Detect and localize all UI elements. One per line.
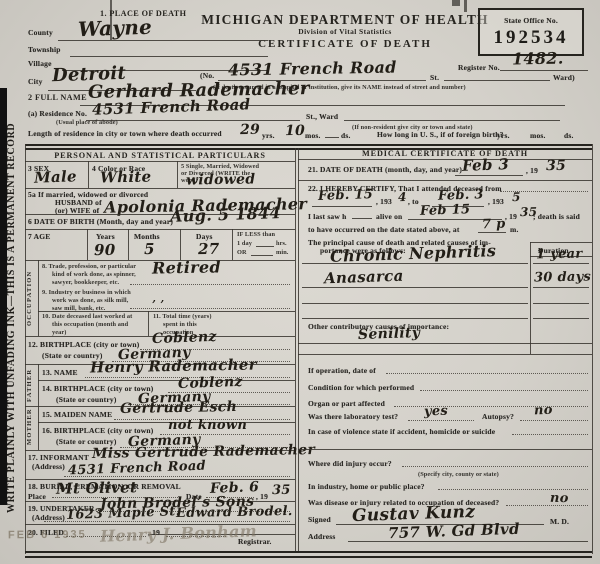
rule xyxy=(298,180,592,181)
age-label: 7 AGE xyxy=(28,232,50,241)
if-less-label: IF LESS than xyxy=(237,231,275,238)
village-label: Village xyxy=(28,59,52,68)
department-title: MICHIGAN DEPARTMENT OF HEALTH xyxy=(180,12,510,28)
ds-label: ds. xyxy=(341,131,351,140)
register-number: 1482. xyxy=(512,49,564,69)
rule xyxy=(420,390,588,391)
scan-mark xyxy=(452,0,460,6)
st-ward-label: St., Ward xyxy=(306,112,338,121)
rule xyxy=(128,229,129,260)
residence-label: (a) Residence No. xyxy=(28,109,87,118)
race-value: White xyxy=(100,168,152,187)
dob-value: Aug. 5 1844 xyxy=(170,203,282,226)
to-year-prefix: , 193 xyxy=(488,197,504,206)
rule xyxy=(520,420,588,421)
rule xyxy=(478,232,506,233)
total-time-label: 11. Total time (years) xyxy=(153,313,212,320)
mother-name-value: Gertrude Esch xyxy=(120,399,237,417)
age-days-value: 27 xyxy=(198,240,220,258)
rule xyxy=(344,120,560,121)
total-time-label2: spent in this xyxy=(163,321,197,328)
operation-label: If operation, date of xyxy=(308,366,376,375)
autopsy-label: Autopsy? xyxy=(482,412,514,421)
fullname-label: 2 FULL NAME xyxy=(28,93,87,102)
filed-date-stamp: FEB 6 1935 xyxy=(8,529,87,542)
age-years-value: 90 xyxy=(94,241,116,259)
alive-on-label: alive on xyxy=(376,212,402,221)
length-months-value: 10 xyxy=(285,123,305,139)
rule xyxy=(25,551,592,553)
cause1-duration-value: 1 year xyxy=(536,247,583,263)
father-name-label: 13. NAME xyxy=(42,368,78,377)
related-occupation-value: no xyxy=(550,491,569,506)
hour-value: 7 p xyxy=(482,217,506,233)
cause2-duration-value: 30 days xyxy=(534,270,591,286)
father-birthplace-label: 14. BIRTHPLACE (city or town) xyxy=(42,384,153,393)
scan-mark xyxy=(464,0,467,12)
father-birthplace-sub: (State or country) xyxy=(56,395,117,404)
rule xyxy=(38,364,39,406)
county-value: Wayne xyxy=(78,15,153,42)
registrar-signature-faint: Henry J. Bonham xyxy=(100,521,258,545)
death-year-value: 35 xyxy=(546,158,566,174)
trade-label2: kind of work done, as spinner, xyxy=(52,271,136,278)
rule xyxy=(25,161,295,162)
rule xyxy=(87,229,88,260)
rule xyxy=(500,70,588,71)
length-years-value: 29 xyxy=(240,122,260,138)
informant-address-label: (Address) xyxy=(32,462,65,471)
rule xyxy=(455,175,523,176)
rule xyxy=(298,449,592,450)
mother-birthplace-city: not known xyxy=(168,418,247,433)
last-worked-label: 10. Date deceased last worked at xyxy=(42,313,132,320)
rule xyxy=(38,406,39,450)
rule xyxy=(38,380,295,381)
from-year-prefix: , 193 xyxy=(376,197,392,206)
rule xyxy=(64,476,290,477)
register-label: Register No. xyxy=(458,63,500,72)
burial-year-value: 35 xyxy=(272,483,291,498)
rule xyxy=(533,303,589,304)
rule xyxy=(530,242,592,243)
rule xyxy=(533,318,589,319)
trade-label: 8. Trade, profession, or particular xyxy=(42,263,136,270)
age-years-label: Years xyxy=(96,232,115,241)
m-label: m. xyxy=(510,225,519,234)
other-contributory-value: Senility xyxy=(358,325,421,343)
to-year-digit: 5 xyxy=(512,190,521,204)
injury-where-label: Where did injury occur? xyxy=(308,459,392,468)
industry-ditto-value: ’ ’ xyxy=(152,298,164,311)
md-label: M. D. xyxy=(550,517,569,526)
state-office-label: State Office No. xyxy=(480,16,582,25)
rule xyxy=(438,489,588,490)
rule xyxy=(38,422,295,423)
min-label: min. xyxy=(276,249,288,256)
marital-value: widowed xyxy=(186,171,256,188)
death-certificate-scan: WRITE PLAINLY WITH UNFADING INK—THIS IS … xyxy=(0,0,600,564)
industry-place-label: In industry, home or public place? xyxy=(308,482,425,491)
rule xyxy=(70,56,268,57)
rule xyxy=(402,466,588,467)
lab-test-label: Was there laboratory test? xyxy=(308,412,398,421)
mother-name-label: 15. MAIDEN NAME xyxy=(42,410,112,419)
us-length-label: How long in U. S., if of foreign birth? xyxy=(377,130,504,139)
street-no-label: (No. xyxy=(200,71,214,80)
rule xyxy=(298,354,592,355)
rule xyxy=(325,137,339,138)
us-mos-label: mos. xyxy=(530,131,546,140)
last-worked-label2: this occupation (month and xyxy=(52,321,128,328)
rule xyxy=(302,318,528,319)
burial-place-label: Place xyxy=(28,492,46,501)
date-of-death-label: 21. DATE OF DEATH (month, day, and year) xyxy=(308,165,462,174)
undertaker-extra-value: Edward Brodel. xyxy=(176,504,293,521)
dob-label: 6 DATE OF BIRTH (Month, day and year) xyxy=(28,217,173,226)
last-saw-year-prefix: , 19 xyxy=(505,212,517,221)
rule xyxy=(298,343,592,344)
rule xyxy=(512,434,588,435)
mother-side-label: MOTHER xyxy=(26,408,33,446)
last-worked-label3: year) xyxy=(52,329,66,336)
rule xyxy=(530,242,531,354)
medical-section-title: MEDICAL CERTIFICATE OF DEATH xyxy=(298,149,592,158)
age-months-value: 5 xyxy=(144,240,155,258)
father-side-label: FATHER xyxy=(26,366,33,404)
rule xyxy=(386,373,588,374)
industry-label2: work was done, as silk mill, xyxy=(52,297,128,304)
autopsy-value: no xyxy=(534,403,553,419)
rule xyxy=(25,144,26,554)
rule xyxy=(592,144,593,554)
rule xyxy=(177,161,178,188)
death-is-said-label: ; death is said xyxy=(533,212,580,221)
industry-label: 9. Industry or business in which xyxy=(42,289,131,296)
attended-from-value: Feb. 15 xyxy=(318,187,374,204)
injury-specify-note: (Specify city, county or state) xyxy=(418,471,499,478)
occupation-value: Retired xyxy=(152,257,221,277)
rule xyxy=(312,206,372,207)
rule xyxy=(533,287,589,288)
us-ds-label: ds. xyxy=(564,131,574,140)
rule xyxy=(348,541,588,542)
rule xyxy=(408,420,474,421)
occupation-side-label: OCCUPATION xyxy=(26,262,33,334)
rule xyxy=(130,284,290,285)
rule xyxy=(38,311,295,312)
rule xyxy=(25,144,592,146)
rule xyxy=(38,260,39,336)
rule xyxy=(352,218,372,219)
rule xyxy=(25,556,592,558)
informant-label: 17. INFORMANT xyxy=(28,453,89,462)
cause2-value: Anasarca xyxy=(324,267,404,288)
rule xyxy=(25,229,295,230)
last-saw-value: Feb 15 xyxy=(420,202,471,219)
rule xyxy=(533,263,589,264)
occurred-label: to have occurred on the date stated abov… xyxy=(308,225,460,234)
rule xyxy=(88,161,89,188)
length-residence-label: Length of residence in city or town wher… xyxy=(28,129,222,138)
rule xyxy=(180,229,181,260)
lab-test-value: yes xyxy=(424,404,449,420)
state-office-number: 192534 xyxy=(480,27,582,49)
condition-label: Condition for which performed xyxy=(308,383,414,392)
margin-note: WRITE PLAINLY WITH UNFADING INK—THIS IS … xyxy=(6,85,17,550)
burial-year-prefix: , 19 xyxy=(256,492,268,501)
attended-to-value: Feb. 3 xyxy=(438,187,484,204)
burial-place-value: Mt Olivet xyxy=(56,478,137,497)
street-ward-label: Ward) xyxy=(553,73,575,82)
marital-label: 5 Single, Married, Widowed xyxy=(181,163,259,170)
rule xyxy=(130,308,290,309)
rule xyxy=(58,40,268,41)
from-year-digit: 4 xyxy=(398,190,407,204)
violence-label: In case of violence state if accident, h… xyxy=(308,427,495,436)
us-yrs-label: yrs. xyxy=(497,131,510,140)
rule xyxy=(148,311,149,336)
rule xyxy=(251,255,273,256)
one-day-label: 1 day xyxy=(237,240,252,247)
sex-value: Male xyxy=(34,167,77,186)
physician-address: 757 W. Gd Blvd xyxy=(388,520,520,543)
mos-label: mos. xyxy=(305,131,321,140)
date-of-death-value: Feb 3 xyxy=(462,155,510,175)
mother-birthplace-sub: (State or country) xyxy=(56,437,117,446)
rule xyxy=(256,246,274,247)
to-word-label: , to xyxy=(408,197,419,206)
personal-section-title: PERSONAL AND STATISTICAL PARTICULARS xyxy=(25,151,295,160)
rule xyxy=(232,229,233,260)
county-label: County xyxy=(28,28,53,37)
death-year-prefix: , 19 xyxy=(526,166,538,175)
organ-label: Organ or part affected xyxy=(308,399,385,408)
signed-label: Signed xyxy=(308,515,331,524)
street-st-label: St. xyxy=(430,73,439,82)
or-label: OR xyxy=(237,249,247,256)
rule xyxy=(302,287,528,288)
rule xyxy=(302,263,528,264)
last-saw-label: I last saw h xyxy=(308,212,346,221)
division-subtitle: Division of Vital Statistics xyxy=(180,27,510,36)
rule xyxy=(86,120,300,121)
rule xyxy=(444,80,550,81)
trade-label3: sawyer, bookkeeper, etc. xyxy=(52,279,119,286)
rule xyxy=(506,505,588,506)
rule xyxy=(25,188,295,189)
address-label: Address xyxy=(308,532,336,541)
street-value: 4531 French Road xyxy=(228,58,397,80)
city-label: City xyxy=(28,77,43,86)
yrs-label: yrs. xyxy=(262,131,275,140)
hrs-label: hrs. xyxy=(276,240,287,247)
rule xyxy=(302,303,528,304)
township-label: Township xyxy=(28,45,61,54)
